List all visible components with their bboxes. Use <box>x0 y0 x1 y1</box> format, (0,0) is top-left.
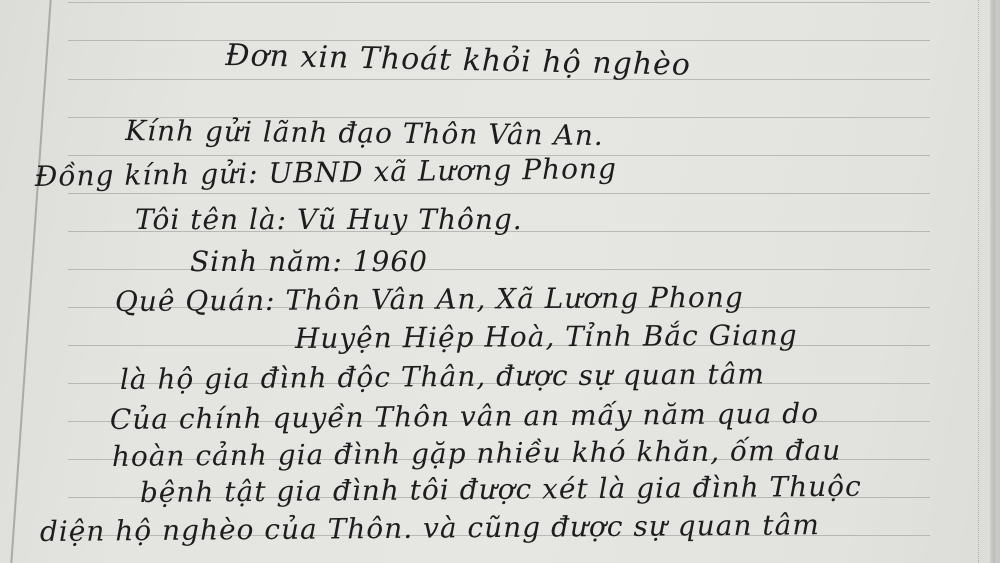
body-line-1: là hộ gia đình độc Thân, được sự quan tâ… <box>120 357 765 396</box>
left-margin-line <box>10 0 51 563</box>
district-province-line: Huyện Hiệp Hoà, Tỉnh Bắc Giang <box>295 318 798 355</box>
ruled-line <box>68 2 930 3</box>
body-line-4: bệnh tật gia đình tôi được xét là gia đì… <box>140 470 862 509</box>
body-line-5: diện hộ nghèo của Thôn. và cũng được sự … <box>40 508 820 548</box>
page-edge <box>990 0 995 563</box>
cc-line: Đồng kính gửi: UBND xã Lương Phong <box>35 152 618 193</box>
name-line: Tôi tên là: Vũ Huy Thông. <box>135 203 523 236</box>
notebook-page: Đơn xin Thoát khỏi hộ nghèo Kính gửi lãn… <box>0 0 995 563</box>
salutation-line: Kính gửi lãnh đạo Thôn Vân An. <box>125 114 604 152</box>
perforation-line <box>978 0 979 563</box>
body-line-2: Của chính quyền Thôn vân an mấy năm qua … <box>110 397 819 436</box>
ruled-line <box>68 40 930 41</box>
ruled-line <box>68 79 930 80</box>
birth-year-line: Sinh năm: 1960 <box>190 245 428 278</box>
hometown-line: Quê Quán: Thôn Vân An, Xã Lương Phong <box>115 281 744 318</box>
document-title: Đơn xin Thoát khỏi hộ nghèo <box>225 38 691 83</box>
body-line-3: hoàn cảnh gia đình gặp nhiều khó khăn, ố… <box>112 434 842 473</box>
ruled-line <box>68 193 930 194</box>
